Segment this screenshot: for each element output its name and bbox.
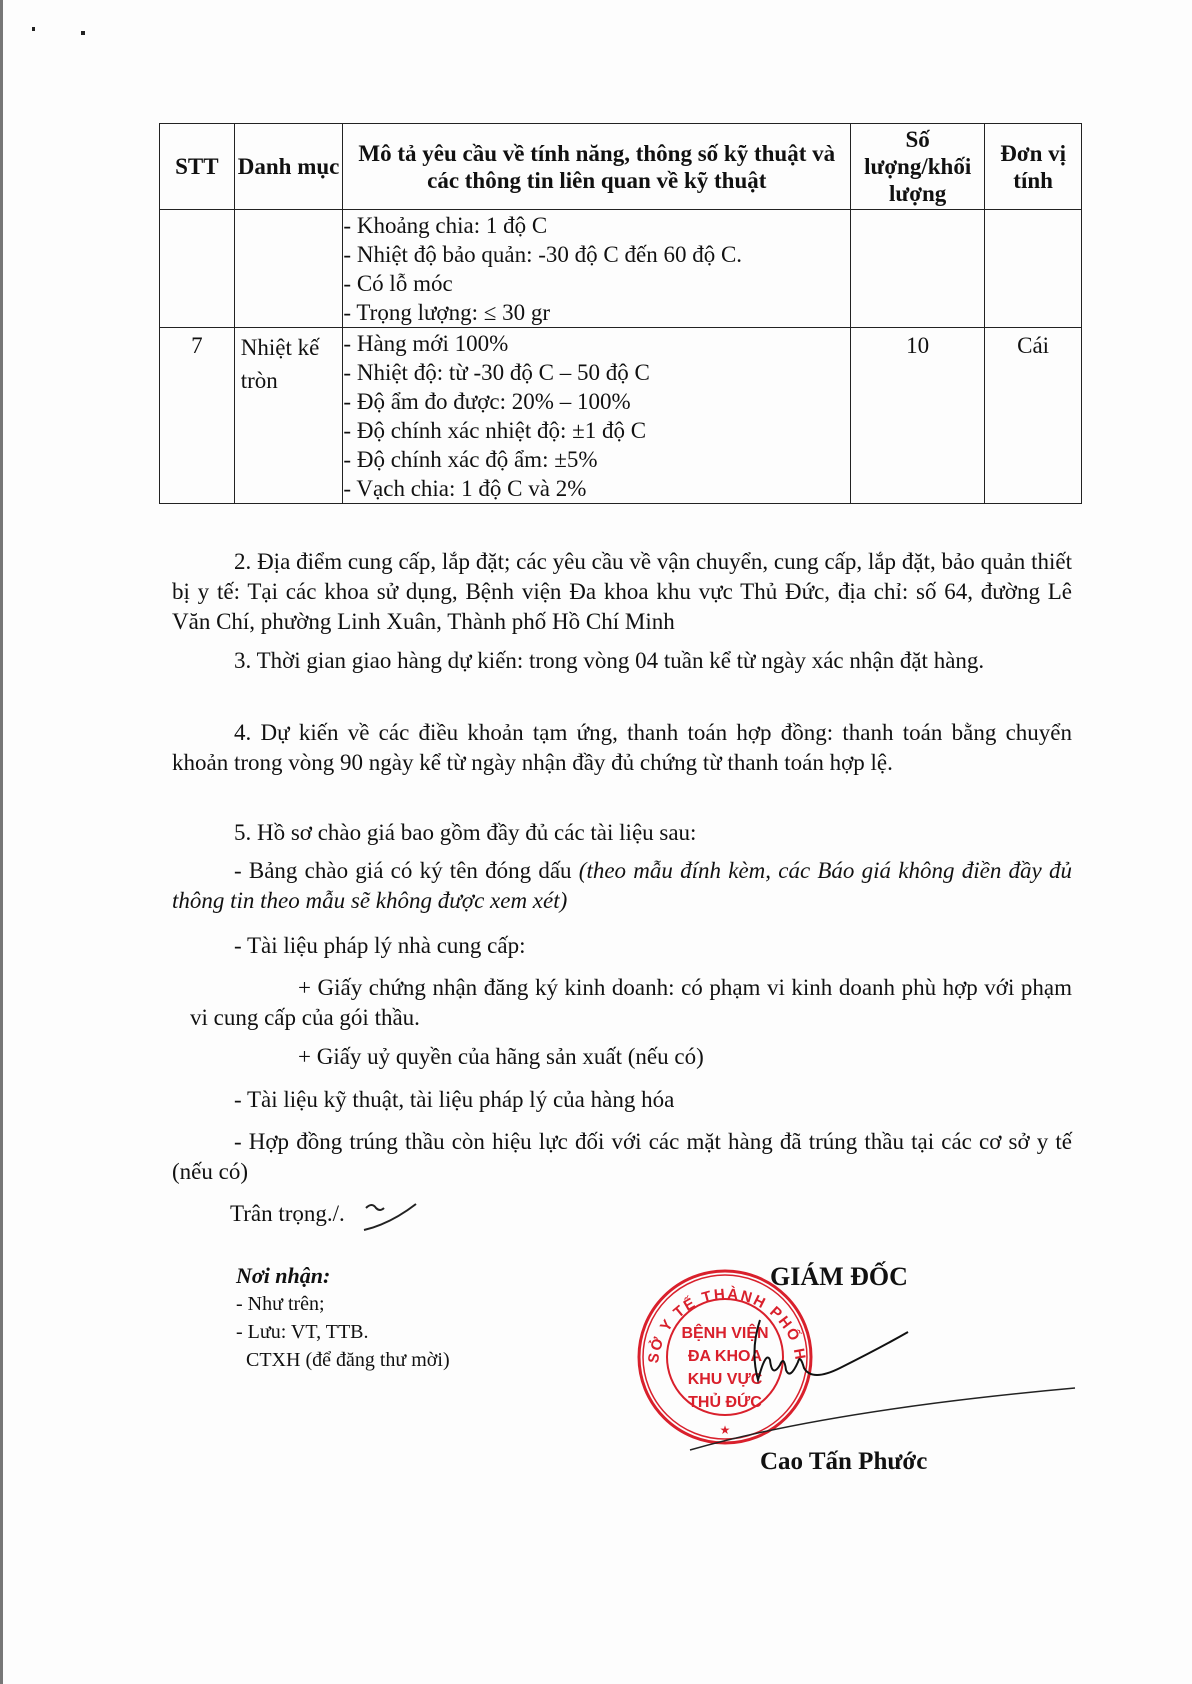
cell-stt: 7 <box>160 328 235 504</box>
cell-don-vi <box>985 210 1082 328</box>
cell-don-vi: Cái <box>985 328 1082 504</box>
header-stt: STT <box>160 124 235 210</box>
table-header-row: STT Danh mục Mô tả yêu cầu về tính năng,… <box>160 124 1082 210</box>
spec-item: Độ chính xác độ ẩm: ±5% <box>343 445 850 474</box>
table-row: Khoảng chia: 1 độ C Nhiệt độ bảo quản: -… <box>160 210 1082 328</box>
spec-item: Hàng mới 100% <box>343 329 850 358</box>
cell-so-luong <box>851 210 985 328</box>
spec-table: STT Danh mục Mô tả yêu cầu về tính năng,… <box>159 123 1082 504</box>
paragraph-payment-terms: 4. Dự kiến về các điều khoản tạm ứng, th… <box>172 718 1072 778</box>
recipient-line: - Lưu: VT, TTB. <box>236 1318 450 1346</box>
spec-item: Có lỗ móc <box>343 269 850 298</box>
paragraph-legal-docs: - Tài liệu pháp lý nhà cung cấp: <box>172 931 1072 961</box>
recipients-title: Nơi nhận: <box>236 1262 450 1290</box>
paragraph-documents-heading: 5. Hồ sơ chào giá bao gồm đầy đủ các tài… <box>172 818 1072 848</box>
spec-item: Nhiệt độ bảo quản: -30 độ C đến 60 độ C. <box>343 240 850 269</box>
scan-speck <box>81 31 85 35</box>
recipients-block: Nơi nhận: - Như trên; - Lưu: VT, TTB. CT… <box>236 1262 450 1374</box>
spec-item: Độ ẩm đo được: 20% – 100% <box>343 387 850 416</box>
paragraph-quotation-item: - Bảng chào giá có ký tên đóng dấu (theo… <box>172 856 1072 916</box>
cell-so-luong: 10 <box>851 328 985 504</box>
paragraph-technical-docs: - Tài liệu kỹ thuật, tài liệu pháp lý củ… <box>172 1085 1072 1115</box>
table-row: 7 Nhiệt kế tròn Hàng mới 100% Nhiệt độ: … <box>160 328 1082 504</box>
header-don-vi: Đơn vị tính <box>985 124 1082 210</box>
recipient-line: - Như trên; <box>236 1290 450 1318</box>
quotation-text: - Bảng chào giá có ký tên đóng dấu <box>234 858 579 883</box>
paragraph-delivery-location: 2. Địa điểm cung cấp, lắp đặt; các yêu c… <box>172 547 1072 637</box>
spec-item: Khoảng chia: 1 độ C <box>343 211 850 240</box>
header-danh-muc: Danh mục <box>234 124 343 210</box>
cell-stt <box>160 210 235 328</box>
initial-flourish-icon <box>360 1200 420 1240</box>
paragraph-business-license: + Giấy chứng nhận đăng ký kinh doanh: có… <box>190 973 1072 1033</box>
header-mo-ta: Mô tả yêu cầu về tính năng, thông số kỹ … <box>343 124 851 210</box>
spec-item: Vạch chia: 1 độ C và 2% <box>343 474 850 503</box>
signer-title: GIÁM ĐỐC <box>770 1262 908 1292</box>
paragraph-delivery-time: 3. Thời gian giao hàng dự kiến: trong vò… <box>172 646 1072 676</box>
spec-item: Nhiệt độ: từ -30 độ C – 50 độ C <box>343 358 850 387</box>
scan-edge <box>0 0 3 1684</box>
cell-danh-muc: Nhiệt kế tròn <box>234 328 343 504</box>
cell-spec-list: Hàng mới 100% Nhiệt độ: từ -30 độ C – 50… <box>343 328 851 504</box>
header-so-luong: Số lượng/khối lượng <box>851 124 985 210</box>
handwritten-signature-icon <box>740 1310 920 1390</box>
spec-item: Độ chính xác nhiệt độ: ±1 độ C <box>343 416 850 445</box>
recipient-line: CTXH (để đăng thư mời) <box>236 1346 450 1374</box>
paragraph-authorization: + Giấy uỷ quyền của hãng sản xuất (nếu c… <box>190 1042 1072 1072</box>
paragraph-contracts: - Hợp đồng trúng thầu còn hiệu lực đối v… <box>172 1127 1072 1187</box>
spec-item: Trọng lượng: ≤ 30 gr <box>343 298 850 327</box>
cell-spec-list: Khoảng chia: 1 độ C Nhiệt độ bảo quản: -… <box>343 210 851 328</box>
cell-danh-muc <box>234 210 343 328</box>
signer-name: Cao Tấn Phước <box>760 1448 927 1476</box>
scan-speck <box>32 27 35 31</box>
